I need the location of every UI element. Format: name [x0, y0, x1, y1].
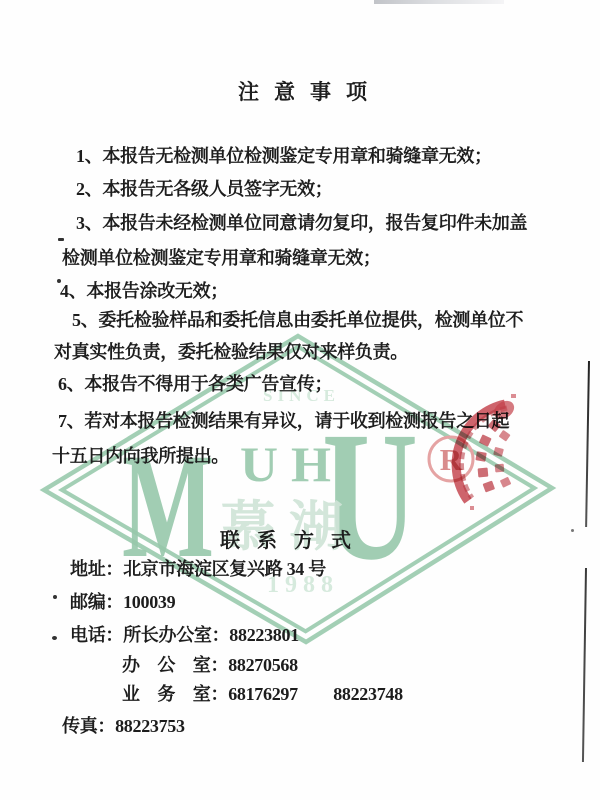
scanned-report-notice-page: M U H U 慕湖 SINCE 1988 R 注意事项 1、本报告无检测单位检…: [0, 0, 600, 800]
red-seal-stamp-icon: [0, 0, 600, 800]
